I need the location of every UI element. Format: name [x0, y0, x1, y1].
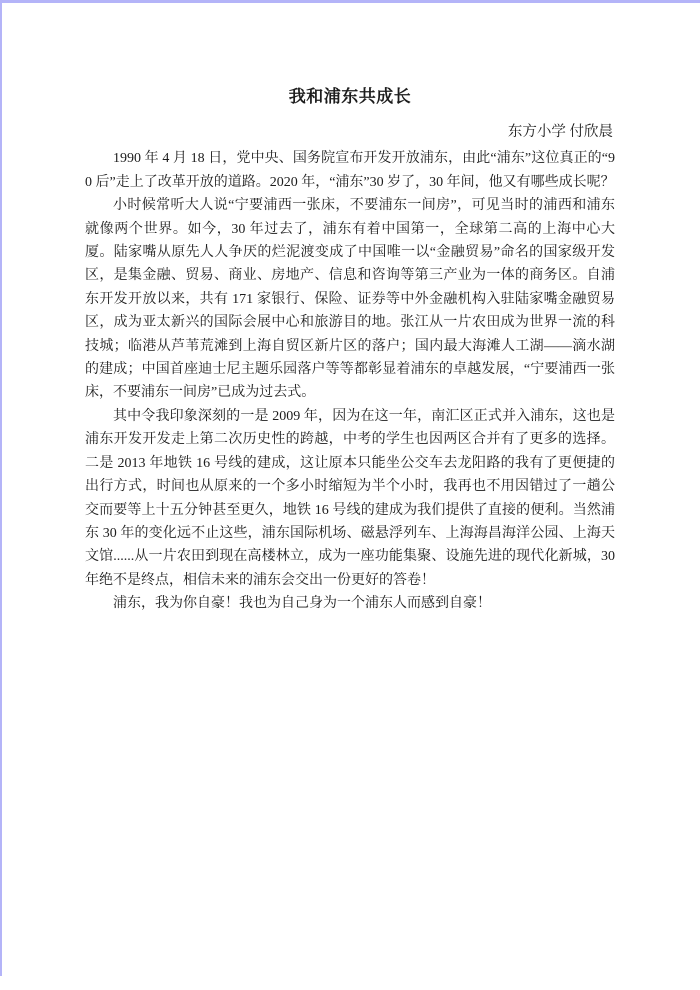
essay-body: 1990 年 4 月 18 日，党中央、国务院宣布开发开放浦东，由此“浦东”这位…: [85, 147, 615, 615]
essay-title: 我和浦东共成长: [85, 85, 615, 109]
essay-byline: 东方小学 付欣晨: [85, 121, 613, 144]
page-top-edge-line: [0, 0, 700, 3]
document-page: 我和浦东共成长 东方小学 付欣晨 1990 年 4 月 18 日，党中央、国务院…: [0, 0, 700, 990]
page-left-edge-line: [0, 0, 2, 976]
paragraph: 1990 年 4 月 18 日，党中央、国务院宣布开发开放浦东，由此“浦东”这位…: [85, 147, 615, 194]
essay-content: 我和浦东共成长 东方小学 付欣晨 1990 年 4 月 18 日，党中央、国务院…: [85, 85, 615, 616]
paragraph: 小时候常听大人说“宁要浦西一张床，不要浦东一间房”，可见当时的浦西和浦东就像两个…: [85, 194, 615, 405]
paragraph: 浦东，我为你自豪！我也为自己身为一个浦东人而感到自豪！: [85, 592, 615, 615]
paragraph: 其中令我印象深刻的一是 2009 年，因为在这一年，南汇区正式并入浦东，这也是浦…: [85, 405, 615, 592]
